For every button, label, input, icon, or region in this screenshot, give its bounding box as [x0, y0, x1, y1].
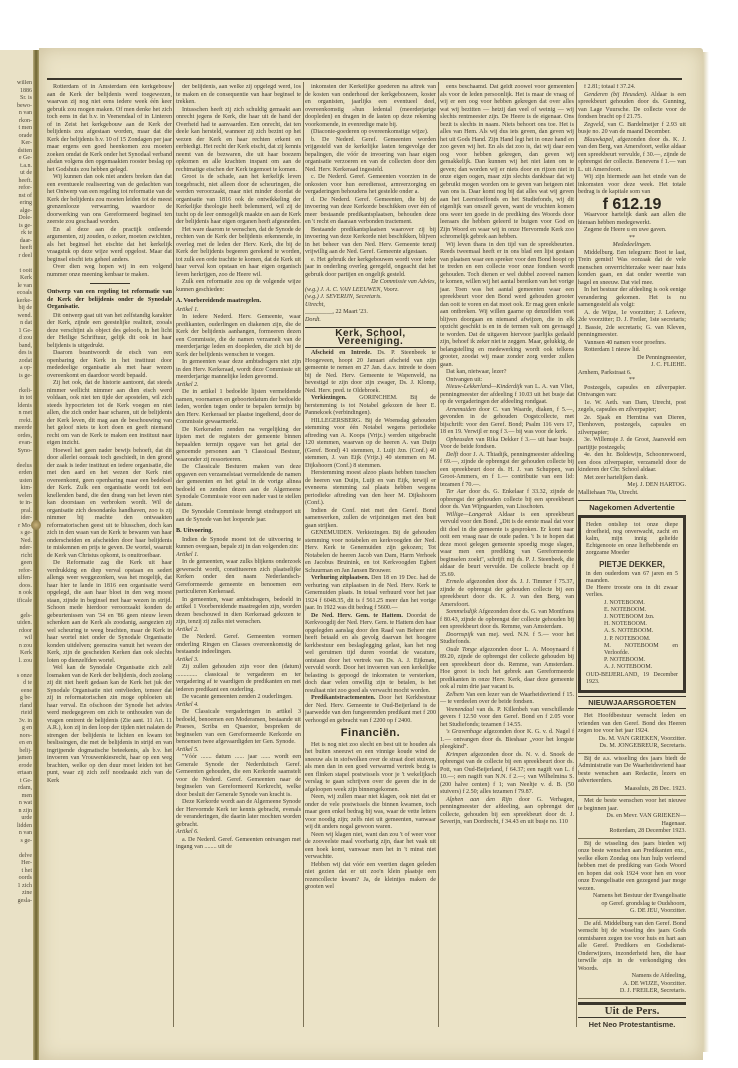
news-item: Afscheid en Intrede. Ds. P. Steenbeek te…	[305, 350, 436, 395]
column-3: inkomsten der Kerkelijke goederen na aft…	[305, 84, 436, 1029]
paragraph: Hebben wij dat vóór een veertien dagen g…	[305, 862, 436, 892]
gift-item: Oude Tonge afgezonden door L. A. Mooynaa…	[440, 647, 574, 692]
text-fragment: n zou	[0, 643, 32, 651]
news-item: Herstemming moest alzoo plaats hebben tu…	[305, 470, 436, 508]
text-fragment: rteid	[0, 710, 32, 718]
item-heading: Predikantstractementen.	[311, 695, 379, 701]
article-title-ontwerp: Ontwerp van een regeling tot reformatie …	[47, 288, 172, 311]
text-fragment: 1 Ge-	[0, 328, 32, 336]
text-fragment: nors-	[0, 733, 32, 741]
column-divider	[303, 82, 304, 1027]
left-page-fragments: willen1886Sr. isbewo-n vanrkon-t menorad…	[0, 80, 32, 1005]
item-heading: Afscheid en Intrede.	[311, 350, 377, 356]
item-heading: Willige—Langerak	[446, 512, 498, 518]
text-fragment: ldenis	[0, 403, 32, 411]
text-fragment: t.a.n.	[0, 163, 32, 171]
text-fragment: orade	[0, 133, 32, 141]
greeting-signature: D. J. FREILER, Secretaris.	[578, 988, 686, 996]
text-fragment: rland	[0, 703, 32, 711]
text-fragment: rkeli-	[0, 388, 32, 396]
text-fragment: ificale	[0, 598, 32, 606]
paragraph: In het bestuur der afdeeling is ook eeni…	[578, 287, 686, 310]
item-heading: Opheusden	[446, 437, 476, 443]
text-fragment: dsiten	[0, 148, 32, 156]
artikel-label: Artikel 1.	[176, 307, 301, 315]
item-heading: Krimpen	[446, 752, 470, 758]
total-amount: f 612.19	[578, 201, 686, 209]
paragraph: 4e. den hr. Boldewijn, Schoonrewoerd, ee…	[578, 452, 686, 475]
text-fragment: willen	[0, 80, 32, 88]
gift-item: Blauwkapel, afgezonden door ds. K. J. va…	[578, 137, 686, 175]
text-fragment: lidden	[0, 823, 32, 831]
deceased-name: PIETJE DEKKER,	[586, 561, 678, 568]
paragraph: Intusschen heeft zij zich schuldig gemaa…	[176, 107, 301, 175]
family-member: H. NOTEBOOM.	[604, 621, 678, 628]
item-heading: Delft	[446, 452, 460, 458]
text-fragment: jamen	[0, 755, 32, 763]
text-fragment: alge-	[0, 208, 32, 216]
greeting-signature: Namens het Bestuur der Evangelisatie	[578, 893, 686, 901]
text-fragment: heeft	[0, 245, 32, 253]
text-fragment	[0, 665, 32, 673]
news-item: Verkiezingen. GORINCHEM. Bij de herstemm…	[305, 395, 436, 418]
paragraph: De Reformatie zag die Kerk uit haar verd…	[47, 560, 172, 665]
paragraph: Rotterdam of in Amsterdam één kerkgebouw…	[47, 84, 172, 174]
text-fragment: nst of	[0, 193, 32, 201]
text-fragment: heeft.	[0, 178, 32, 186]
text-fragment: n dat	[0, 320, 32, 328]
text-fragment: r deel	[0, 253, 32, 261]
text-fragment: Dole-	[0, 215, 32, 223]
text-fragment: welen	[0, 493, 32, 501]
section-title-kerk-school: Kerk, School, Vereeniging.	[305, 327, 436, 348]
text-fragment: te in-	[0, 500, 32, 508]
penningmeester-name: J. C. FLIEHE.	[578, 362, 686, 370]
text-fragment: 1886	[0, 88, 32, 96]
artikel-2-paras: De in artikel 1 bedoelde lijsten vermeld…	[176, 389, 301, 524]
greeting: De afd. Middelburg van den Geref. Bond w…	[578, 919, 686, 999]
gift-item: Zelhem Van een lezer van de Waarheidsvri…	[440, 692, 574, 707]
paragraph: e. Het gebruik der kerkgebouwen wordt vo…	[305, 257, 436, 280]
text-fragment: ertaan	[0, 770, 32, 778]
item-heading: 's Gravenhage	[446, 729, 484, 735]
news-items: Afscheid en Intrede. Ds. P. Steenbeek te…	[305, 350, 436, 725]
gift-item: Ermelo afgezonden door ds. J. J. Timmer …	[440, 579, 574, 609]
item-heading: Alphen aan den Rijn	[446, 797, 519, 803]
text-fragment: Ker-	[0, 140, 32, 148]
item-heading: Genderen (bij Heusden).	[584, 92, 651, 98]
text-fragment: kim-	[0, 485, 32, 493]
paragraph: Middelburg. Een telegram: Boot te laat, …	[578, 250, 686, 288]
text-fragment: daar-	[0, 238, 32, 246]
text-fragment: zodat	[0, 358, 32, 366]
paragraph: eens beschaamd. Dat geldt zoowel voor ge…	[440, 84, 574, 242]
text-fragment: wend.	[0, 313, 32, 321]
b-artikel-2-text: De Nederd. Geref. Gemeenten vormen onder…	[176, 634, 301, 657]
gift-item: Krimpen afgezonden door ds. N. v. d. Sno…	[440, 752, 574, 797]
text-fragment: evan-	[0, 440, 32, 448]
text-fragment: nder-	[0, 545, 32, 553]
text-fragment	[0, 605, 32, 613]
gift-item: Nieuw-Lekkerland—Kinderdijk van L. A. va…	[440, 384, 574, 407]
artikel-label: Artikel 1.	[176, 552, 301, 560]
col3-paras: inkomsten der Kerkelijke goederen na aft…	[305, 84, 436, 279]
text-fragment: eene	[0, 688, 32, 696]
gift-item: Genderen (bij Heusden). Aldaar is een sp…	[578, 92, 686, 122]
text-fragment: ulfen-	[0, 575, 32, 583]
text-fragment: e Ge-	[0, 155, 32, 163]
paragraph: d. De Nederd. Geref. Gemeenten, die bij …	[305, 197, 436, 227]
text-fragment: en en	[0, 740, 32, 748]
text-fragment: l. zou	[0, 658, 32, 666]
paragraph: Daarom beantwoordt de eisch van een open…	[47, 350, 172, 380]
page-fold	[33, 50, 39, 1060]
greeting-text: De afd. Middelburg van den Geref. Bond w…	[578, 921, 686, 974]
column-2: der belijdenis, aan welke zij opgelegd w…	[176, 84, 301, 1029]
penningmeester-address: Arnhem, Parkstraat 6.	[578, 370, 686, 378]
paragraph: (Diaconie-goederen op overeenkomstige wi…	[305, 129, 436, 137]
text-fragment: ordes,	[0, 433, 32, 441]
text-fragment: urde	[0, 815, 32, 823]
column-divider	[438, 82, 439, 1027]
text-fragment: s ge-	[0, 530, 32, 538]
paragraph: De in artikel 1 bedoelde lijsten vermeld…	[176, 389, 301, 427]
news-item: HILLEGERSBERG. Bij de Woensdag gehouden …	[305, 418, 436, 471]
column-5: f 2.81; totaal f 37.24. Genderen (bij He…	[578, 84, 686, 1029]
signature-line: (w.g.) J. SEVERIJN, Secretaris.	[305, 294, 436, 302]
hartog-address: Malliehaan 70a, Utrecht.	[578, 490, 686, 498]
greeting-signature: Rotterdam, 28 December 1923.	[578, 828, 686, 836]
paragraph: A. de Wijze, 1e voorzitter; J. Lefevre, …	[578, 310, 686, 340]
b-artikel-1-paras: In de gemeenten, waar zulks blijkens ond…	[176, 559, 301, 627]
section-b-title: B. Uitvoering.	[176, 527, 301, 535]
text-fragment: ecoals	[0, 290, 32, 298]
gift-list: Genderen (bij Heusden). Aldaar is een sp…	[578, 92, 686, 175]
greeting: Bij de a.s. wisseling des jaars biedt de…	[578, 754, 686, 797]
paragraph: Zulk een reformatie zou op de volgende w…	[176, 279, 301, 294]
column-divider	[173, 82, 174, 1027]
thanks-text: Waarvoor hartelijk dank aan allen die hi…	[578, 212, 686, 227]
paragraph: Zij het ook, dat de historie aantoont, d…	[47, 380, 172, 448]
gift-item: Delft door J. A. Thiadijk, penningmeeste…	[440, 452, 574, 490]
paragraph: der belijdenis, aan welke zij opgelegd w…	[176, 84, 301, 107]
column-divider	[576, 82, 577, 1027]
item-heading: Verhuring zitplaatsen.	[311, 575, 371, 581]
greeting-text: Bij de wisseling des jaars bieden wij on…	[578, 841, 686, 894]
text-fragment: g en	[0, 725, 32, 733]
gift-item: Sommelsdijk Afgezonden door ds. G. van M…	[440, 609, 574, 632]
item-heading: Veenendaal	[446, 707, 477, 713]
blessing-text: Zegene de Heere u en uwe gaven.	[578, 227, 686, 235]
gift-item: Veenendaal van ds. P. Killenbeh van vers…	[440, 707, 574, 730]
gift-list: Nieuw-Lekkerland—Kinderdijk van L. A. va…	[440, 384, 574, 827]
commission-signature: De Commissie van Advies,	[305, 279, 436, 287]
signature-date: _________, 22 Maart '23.	[305, 309, 436, 317]
section-b-intro: Indien de Synode moest tot de uitvoering…	[176, 537, 301, 552]
item-heading: Sommelsdijk	[446, 609, 478, 615]
b-artikel-4-text: De Classicale vergaderingen in artikel 3…	[176, 709, 301, 747]
text-fragment: n van	[0, 830, 32, 838]
family-member: P. NOTEBOOM.	[604, 657, 678, 664]
text-fragment: delve	[0, 853, 32, 861]
item-heading: Verkiezingen.	[311, 395, 359, 401]
text-fragment: in tot	[0, 395, 32, 403]
penningmeester-title: De Penningmeester,	[578, 355, 686, 363]
text-fragment: pral.	[0, 508, 32, 516]
text-fragment: bij de	[0, 305, 32, 313]
paragraph: Ontvangen uit:	[440, 377, 574, 385]
paragraph: Dat kan, nietwaar, lezer?	[440, 369, 574, 377]
binding-pin-icon	[31, 520, 41, 530]
mededeelingen-paras: Middelburg. Een telegram: Boot te laat, …	[578, 250, 686, 355]
paragraph: Met zeer hartelijken dank.	[578, 475, 686, 483]
notice-place-date: OUD-BEIJERLAND, 19 December 1923.	[586, 672, 678, 686]
paragraph: In gemeenten waar deze ambtsdragers niet…	[176, 359, 301, 382]
text-fragment: Ned.	[0, 538, 32, 546]
item-heading: De Ned. Herv. Gem. te Hattem.	[311, 613, 407, 619]
text-fragment: geen	[0, 560, 32, 568]
text-fragment: n van	[0, 110, 32, 118]
paragraph: 2e. Sjaak en Herntina van Dieren, Tienho…	[578, 415, 686, 438]
paragraph: De Classicale Besturen maken van deze op…	[176, 464, 301, 509]
news-item: Indien de Conf. niet met den Geref. Bond…	[305, 508, 436, 531]
text-fragment: is ge-	[0, 373, 32, 381]
paragraph: Neen wij klagen niet, want dan zou 't of…	[305, 832, 436, 862]
col1-paras: Rotterdam of in Amsterdam één kerkgebouw…	[47, 84, 172, 279]
artikel-label: Artikel 5.	[176, 747, 301, 755]
col2-paras: der belijdenis, aan welke zij opgelegd w…	[176, 84, 301, 294]
col1-section2-paras: Dit ontwerp gaat uit van het zelfstandig…	[47, 313, 172, 786]
stars-separator: **	[578, 377, 686, 385]
paragraph: inkomsten der Kerkelijke goederen na aft…	[305, 84, 436, 129]
family-names: J. NOTEBOOM.E. NOTEBOOM.J. NOTEBOOM Jzn.…	[586, 600, 678, 672]
artikel-label: Artikel 2.	[176, 382, 301, 390]
news-item: De Ned. Herv. Gem. te Hattem. Doordat de…	[305, 613, 436, 696]
notice-text: Heden ontsliep tot onze diepe droefheid,…	[586, 522, 678, 558]
notice-age: in den ouderdom van 67 jaren en 5 maande…	[586, 571, 678, 585]
text-fragment: rrekt.	[0, 418, 32, 426]
paragraph: Wel kan de Synodale Organisatie zich zel…	[47, 665, 172, 785]
paragraph: b. De Nederd. Geref. Gemeenten worden vr…	[305, 137, 436, 175]
greeting: Bij de wisseling des jaars bieden wij on…	[578, 839, 686, 919]
text-fragment: r Mo-	[0, 523, 32, 531]
text-fragment: refor-	[0, 185, 32, 193]
gift-item: Ter Aar door ds. G. Enkelaar f 33.32, zi…	[440, 489, 574, 512]
gift-item: 's Gravenhage afgezonden door K. G. v. d…	[440, 729, 574, 752]
paragraph: Deze Kerkorde wordt aan de Algemeene Syn…	[176, 799, 301, 829]
paragraph: 3e. Willemsje J. de Groot, Jaarsveld een…	[578, 437, 686, 452]
family-member: E. NOTEBOOM.	[604, 607, 678, 614]
family-member: J. NOTEBOOM.	[604, 600, 678, 607]
text-fragment: band,	[0, 343, 32, 351]
text-fragment: g be-	[0, 695, 32, 703]
text-fragment: d zou	[0, 335, 32, 343]
text-fragment: Sr. is	[0, 95, 32, 103]
item-heading: Ermelo	[446, 579, 466, 585]
artikel-label: Artikel 2.	[176, 627, 301, 635]
paragraph: Bestaande predikantsplaatsen waarover zi…	[305, 227, 436, 257]
paragraph: De vacante gemeenten zenden 2 ouderlinge…	[176, 694, 301, 702]
text-fragment: richt	[0, 553, 32, 561]
greeting-signature: Ds. M. VAN GRIEKEN, Voorzitter.	[578, 736, 686, 744]
paragraph: c. De Nederd. Geref. Gemeenten voorzien …	[305, 174, 436, 197]
col4-paras: eens beschaamd. Dat geldt zoowel voor ge…	[440, 84, 574, 384]
family-member: M. NOTEBOOM en Verloofde.	[604, 643, 678, 657]
text-fragment: erden	[0, 470, 32, 478]
advertisement-heading: Nagekomen Advertentie	[578, 500, 686, 512]
gift-item: Doornspijk van mej. wed. N.N. f 5.— voor…	[440, 632, 574, 647]
item-heading: Doornspijk	[446, 632, 477, 638]
section-title-financien: Financiën.	[305, 728, 436, 740]
greeting-signature: A. DE WIJZE, Voorzitter.	[578, 981, 686, 989]
greeting-text: Met de beste wenschen voor het nieuwe te…	[578, 798, 686, 813]
gift-item: Alphen aan den Rijn door G. Verhagen, pe…	[440, 797, 574, 827]
text-fragment: des is	[0, 350, 32, 358]
signature-place: Dordt.	[305, 317, 436, 325]
item-heading: Arnemuiden	[446, 407, 479, 413]
text-fragment: men	[0, 793, 32, 801]
text-fragment: belij-	[0, 748, 32, 756]
paragraph: Hoewel het geen nader bewijs behoeft, da…	[47, 448, 172, 561]
gift-item: Zegveld, van C. Bardelmeijer f 2.93 uit …	[578, 122, 686, 137]
text-fragment: a op-	[0, 365, 32, 373]
news-item: Predikantstractementen. Door het Kerkbes…	[305, 695, 436, 725]
text-fragment: t het	[0, 868, 32, 876]
text-fragment: 1 zich	[0, 883, 32, 891]
text-fragment	[0, 380, 32, 388]
death-notice: Heden ontsliep tot onze diepe droefheid,…	[578, 515, 686, 693]
text-fragment: n met	[0, 410, 32, 418]
text-fragment: ider-	[0, 515, 32, 523]
greeting-signature: Ds. en Mevr. VAN GRIEKEN—	[578, 813, 686, 821]
text-fragment: refor-	[0, 568, 32, 576]
text-fragment: t men	[0, 125, 32, 133]
paragraph: In gemeenten, waar ambtsdragers, bedoeld…	[176, 597, 301, 627]
text-fragment: gesla-	[0, 898, 32, 906]
text-fragment: erode	[0, 763, 32, 771]
paragraph: 1e. W. Aeth. van Dam, Utrecht, post zege…	[578, 400, 686, 415]
paragraph: Zij zullen gehouden zijn voor den (datum…	[176, 664, 301, 694]
financien-paras: Het is nog niet zoo slecht en best uit t…	[305, 742, 436, 892]
text-fragment: rk te	[0, 230, 32, 238]
family-member: A. J. NOTEBOOM.	[604, 664, 678, 671]
text-fragment: kerke-	[0, 298, 32, 306]
paragraph: De Synodale Commissie brengt eindrapport…	[176, 509, 301, 524]
signature-line: (w.g.) J. A. C. VAN LEEUWEN, Voorz.	[305, 287, 436, 295]
text-fragment	[0, 260, 32, 268]
paragraph: In iedere Nederd. Herv. Gemeente, waar p…	[176, 314, 301, 359]
text-fragment: doos.	[0, 583, 32, 591]
text-fragment: gels-	[0, 613, 32, 621]
item-heading: Blauwkapel,	[584, 137, 617, 143]
item-heading: Zelhem	[446, 692, 466, 698]
text-fragment: is ge-	[0, 223, 32, 231]
text-fragment: Kerk	[0, 275, 32, 283]
greeting-text: Bij de a.s. wisseling des jaars biedt de…	[578, 756, 686, 786]
family-member: J. NOTEBOOM Jzn.	[604, 614, 678, 621]
paragraph: Postzegels, capsules en zilverpapier. On…	[578, 385, 686, 400]
paragraph: De Kerkeraden zenden na vergelijking der…	[176, 427, 301, 465]
greeting-text: Het Hoofdbestuur wenscht leden en vriend…	[578, 713, 686, 736]
paragraph: "Vóór ....... datum ...... jaar ...... w…	[176, 754, 301, 799]
gift-item: Opheusden van Rika Dekker f 3.— uit haar…	[440, 437, 574, 452]
text-fragment	[0, 845, 32, 853]
signature-place: Utrecht,	[305, 302, 436, 310]
gift-item: Arnemuiden door C. van Waarde, diaken, f…	[440, 407, 574, 437]
greeting: Het Hoofdbestuur wenscht leden en vriend…	[578, 711, 686, 754]
greeting-signature: G. DE JEU, Voorzitter.	[578, 908, 686, 916]
paragraph: In de gemeenten, waar zulks blijkens ond…	[176, 559, 301, 597]
text-fragment: uiden.	[0, 620, 32, 628]
artikel-label: Artikel 3.	[176, 657, 301, 665]
text-fragment: bewo-	[0, 103, 32, 111]
uit-de-pers-heading: Uit de Pers.	[578, 1008, 686, 1019]
text-fragment: n zijn	[0, 808, 32, 816]
text-fragment: rdam,	[0, 785, 32, 793]
b-artikel-3-paras: Zij zullen gehouden zijn voor den (datum…	[176, 664, 301, 702]
paragraph: Neen, wij zullen maar niet klagen, ook n…	[305, 794, 436, 832]
text-fragment: n ook	[0, 590, 32, 598]
text-fragment: rkon-	[0, 118, 32, 126]
separator	[90, 283, 130, 284]
nieuwjaarsgroeten-heading: NIEUWJAARSGROETEN	[578, 696, 686, 710]
news-item: Verhuring zitplaatsen. Den 18 en 19 Dec.…	[305, 575, 436, 613]
gift-total-line: f 2.81; totaal f 37.24.	[578, 84, 686, 92]
header-rule	[47, 78, 682, 80]
text-fragment: s ge-	[0, 838, 32, 846]
text-fragment: usten	[0, 478, 32, 486]
greeting-signature: Hagenaar.	[578, 821, 686, 829]
paragraph: Dit ontwerp gaat uit van het zelfstandig…	[47, 313, 172, 351]
item-heading: Zegveld,	[584, 122, 607, 128]
pers-subheading: Het Neo Protestantisme.	[578, 1021, 686, 1029]
text-fragment: meerde	[0, 425, 32, 433]
artikel-label: Artikel 4.	[176, 702, 301, 710]
text-fragment	[0, 455, 32, 463]
text-fragment: t Ge-	[0, 778, 32, 786]
column-1: Rotterdam of in Amsterdam één kerkgebouw…	[47, 84, 172, 1029]
text-fragment: s onze	[0, 673, 32, 681]
section-a-title: A. Voorbereidende maatregelen.	[176, 297, 301, 305]
paragraph: Het is nog niet zoo slecht en best uit t…	[305, 742, 436, 795]
paragraph: Wij leven thans in den tijd van de spree…	[440, 242, 574, 370]
family-member: J. P. NOTEBOOM.	[604, 636, 678, 643]
item-heading: Oude Tonge	[446, 647, 480, 653]
text-fragment: Her-	[0, 860, 32, 868]
news-item: GENEMUIDEN. Verkiezingen. Bij de gehoude…	[305, 530, 436, 575]
b-artikel-5-paras: "Vóór ....... datum ...... jaar ...... w…	[176, 754, 301, 829]
paragraph: Over dien weg hopen wij in een volgend n…	[47, 264, 172, 279]
greeting: Met de beste wenschen voor het nieuwe te…	[578, 796, 686, 839]
text-fragment: Syno-	[0, 448, 32, 456]
text-fragment: zine	[0, 890, 32, 898]
text-fragment: t ooit	[0, 268, 32, 276]
text-fragment: le van	[0, 283, 32, 291]
text-fragment: oords	[0, 875, 32, 883]
paragraph: En al deze aan de practijk ontleende arg…	[47, 227, 172, 265]
paragraph: Rotterdam 1 nieuw lid.	[578, 347, 686, 355]
paragraph: Wij kunnen dan ook niet anders breken da…	[47, 174, 172, 227]
item-heading: Nieuw-Lekkerland—Kinderdijk	[446, 384, 524, 390]
text-fragment: n wat	[0, 800, 32, 808]
text-fragment: wil	[0, 635, 32, 643]
postzegels-paras: Postzegels, capsules en zilverpapier. On…	[578, 385, 686, 483]
paragraph: Het ware daarom te wenschen, dat de Syno…	[176, 227, 301, 280]
text-fragment: deelus	[0, 463, 32, 471]
item-heading: Ter Aar	[446, 489, 469, 495]
paragraph: Groot is de schade, aan het kerkelijk le…	[176, 174, 301, 227]
text-fragment: rdoor	[0, 628, 32, 636]
